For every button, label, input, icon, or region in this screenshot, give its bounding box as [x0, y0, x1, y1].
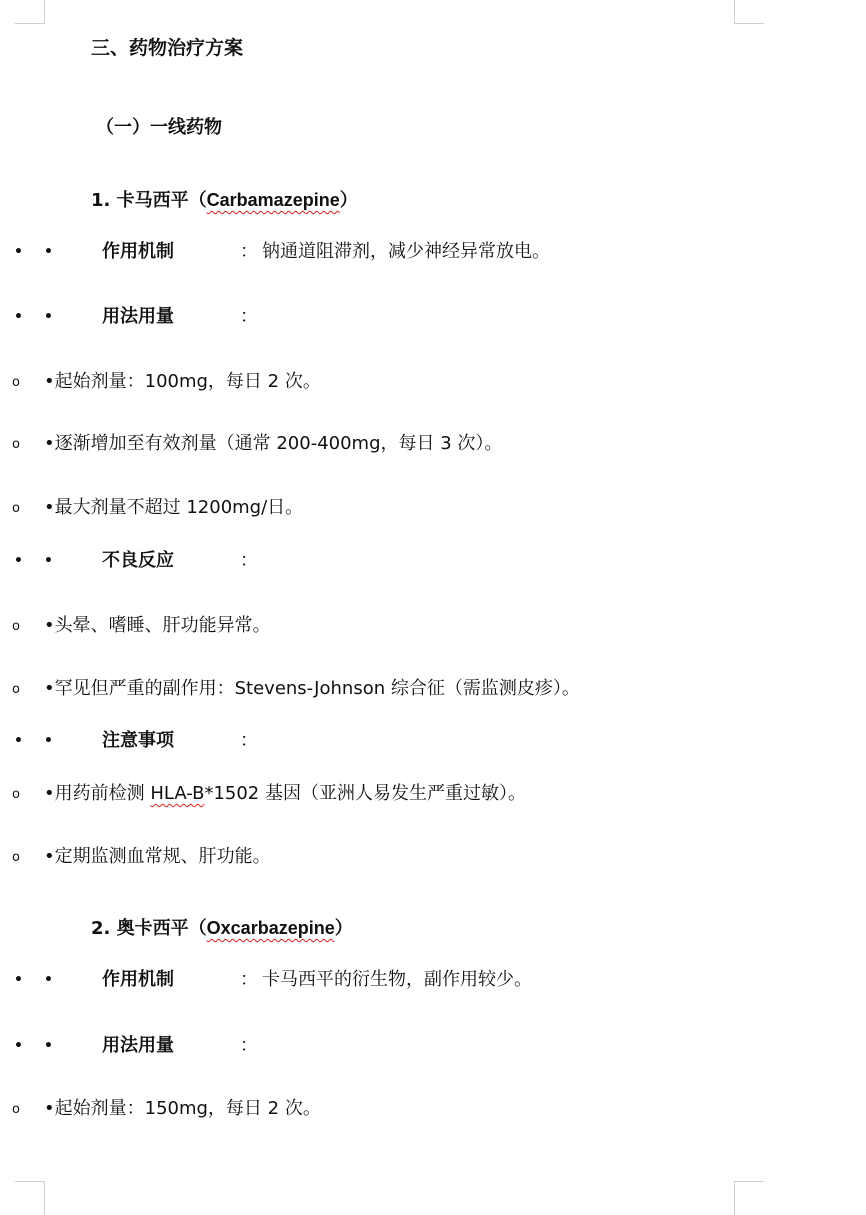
sub-bullet-text: •用药前检测 HLA-B*1502 基因（亚洲人易发生严重过敏）。 — [44, 782, 526, 806]
subsection-title: （一）一线药物 — [96, 116, 222, 140]
circle-bullet-icon: o — [12, 846, 20, 870]
page-corner-mark-top-right — [734, 0, 764, 24]
bullet-icon: • — [44, 549, 53, 573]
bullet-icon: • — [44, 968, 53, 992]
sub-bullet-text: •罕见但严重的副作用：Stevens-Johnson 综合征（需监测皮疹）。 — [44, 677, 580, 701]
circle-bullet-icon: o — [12, 371, 20, 395]
bullet-icon: • — [44, 1034, 53, 1058]
drug-name-cn: 奥卡西平（ — [117, 918, 207, 939]
bullet-icon: • — [44, 729, 53, 753]
bullet-label: 作用机制 — [102, 240, 174, 264]
bullet-colon: ： — [240, 1034, 258, 1058]
bullet-label: 注意事项 — [102, 729, 174, 753]
drug-number: 1. — [91, 190, 110, 211]
bullet-colon: ： — [240, 968, 258, 992]
drug-heading-oxcarbazepine: 2. 奥卡西平（Oxcarbazepine） — [91, 916, 353, 941]
bullet-colon: ： — [240, 305, 258, 329]
bullet-colon: ： — [240, 549, 258, 573]
bullet-icon: • — [14, 240, 23, 264]
section-title: 三、药物治疗方案 — [91, 36, 243, 60]
sub-bullet-text: •头晕、嗜睡、肝功能异常。 — [44, 614, 271, 638]
page-corner-mark-top-left — [15, 0, 45, 24]
drug-name-en: Carbamazepine — [207, 190, 340, 210]
bullet-colon: ： — [240, 729, 258, 753]
sub-bullet-text: •定期监测血常规、肝功能。 — [44, 845, 271, 869]
bullet-text: 钠通道阻滞剂，减少神经异常放电。 — [262, 240, 550, 264]
drug-name-close: ） — [340, 190, 358, 211]
bullet-icon: • — [14, 729, 23, 753]
bullet-colon: ： — [240, 240, 258, 264]
drug-name-cn: 卡马西平（ — [117, 190, 207, 211]
text-post: *1502 基因（亚洲人易发生严重过敏）。 — [204, 783, 526, 804]
circle-bullet-icon: o — [12, 1098, 20, 1122]
drug-heading-carbamazepine: 1. 卡马西平（Carbamazepine） — [91, 188, 358, 213]
bullet-icon: • — [14, 1034, 23, 1058]
drug-name-close: ） — [335, 918, 353, 939]
sub-bullet-text: •最大剂量不超过 1200mg/日。 — [44, 496, 303, 520]
drug-number: 2. — [91, 918, 110, 939]
bullet-icon: • — [14, 549, 23, 573]
circle-bullet-icon: o — [12, 678, 20, 702]
bullet-label: 用法用量 — [102, 305, 174, 329]
bullet-icon: • — [44, 305, 53, 329]
page-corner-mark-bottom-right — [734, 1181, 764, 1215]
sub-bullet-text: •逐渐增加至有效剂量（通常 200-400mg，每日 3 次）。 — [44, 432, 502, 456]
drug-name-en: Oxcarbazepine — [207, 918, 335, 938]
page-corner-mark-bottom-left — [15, 1181, 45, 1215]
bullet-icon: • — [14, 305, 23, 329]
spellcheck-flagged-word: HLA-B — [150, 783, 204, 804]
circle-bullet-icon: o — [12, 433, 20, 457]
circle-bullet-icon: o — [12, 497, 20, 521]
circle-bullet-icon: o — [12, 783, 20, 807]
sub-bullet-text: •起始剂量：100mg，每日 2 次。 — [44, 370, 321, 394]
bullet-text: 卡马西平的衍生物，副作用较少。 — [262, 968, 532, 992]
bullet-label: 用法用量 — [102, 1034, 174, 1058]
circle-bullet-icon: o — [12, 615, 20, 639]
bullet-label: 作用机制 — [102, 968, 174, 992]
bullet-icon: • — [14, 968, 23, 992]
bullet-icon: • — [44, 240, 53, 264]
sub-bullet-text: •起始剂量：150mg，每日 2 次。 — [44, 1097, 321, 1121]
bullet-label: 不良反应 — [102, 549, 174, 573]
text-pre: •用药前检测 — [44, 783, 150, 804]
